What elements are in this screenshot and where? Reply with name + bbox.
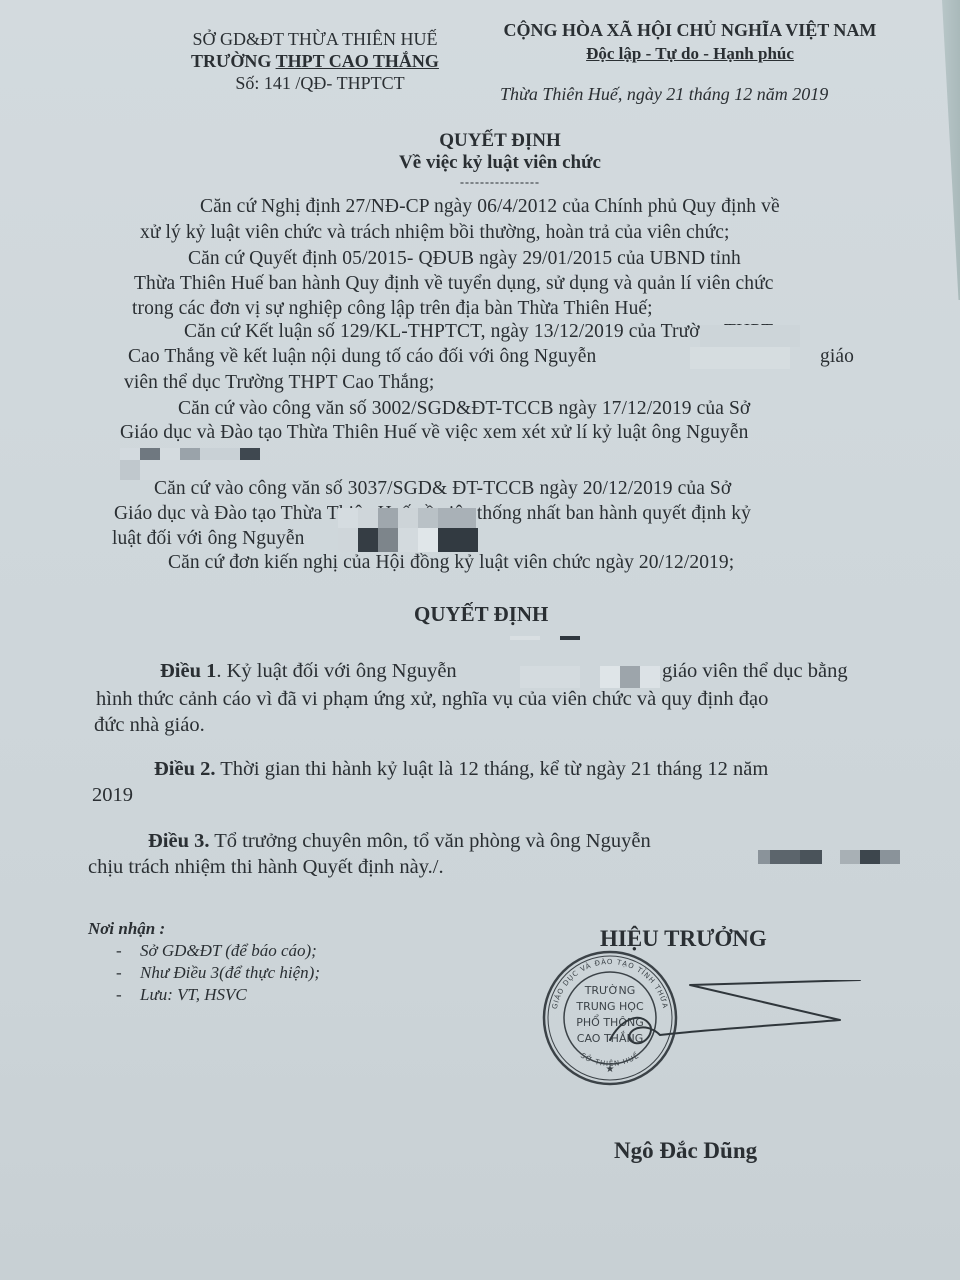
school-prefix: TRƯỜNG (191, 51, 276, 71)
preamble-line: Căn cứ Kết luận số 129/KL-THPTCT, ngày 1… (184, 321, 773, 343)
article-2-label: Điều 2. (154, 758, 216, 780)
preamble-line: Căn cứ Quyết định 05/2015- QĐUB ngày 29/… (188, 248, 741, 270)
recipient-item: -Sở GD&ĐT (để báo cáo); (88, 940, 320, 962)
preamble-line: Cao Thắng về kết luận nội dung tố cáo đố… (128, 346, 596, 368)
article-text: Tổ trưởng chuyên môn, tổ văn phòng và ôn… (210, 830, 651, 852)
preamble-line: Căn cứ vào công văn số 3002/SGD&ĐT-TCCB … (178, 398, 750, 420)
document-title: QUYẾT ĐỊNH Về việc kỷ luật viên chức ---… (340, 130, 660, 190)
nation-header: CỘNG HÒA XÃ HỘI CHỦ NGHĨA VIỆT NAM Độc l… (480, 18, 900, 66)
decision-heading: QUYẾT ĐỊNH (414, 602, 548, 627)
article-text: . Kỷ luật đối với ông Nguyễn (216, 660, 456, 682)
issuer-header: SỞ GD&ĐT THỪA THIÊN HUẾ TRƯỜNG THPT CAO … (150, 28, 480, 94)
handwritten-signature-icon (600, 980, 870, 1060)
school-name: TRƯỜNG THPT CAO THẮNG (150, 50, 480, 72)
document-number: Số: 141 /QĐ- THPTCT (150, 72, 480, 94)
recipients-block: Nơi nhận : -Sở GD&ĐT (để báo cáo); -Như … (88, 918, 320, 1006)
preamble-line: viên thể dục Trường THPT Cao Thắng; (124, 372, 434, 394)
article-2-line: 2019 (92, 784, 133, 807)
school-name-underlined: THPT CAO THẮNG (276, 51, 439, 71)
recipients-label: Nơi nhận : (88, 918, 320, 940)
article-1-line: Điều 1. Kỷ luật đối với ông Nguyễn (160, 660, 457, 683)
title-main: QUYẾT ĐỊNH (340, 130, 660, 152)
recipient-item: -Như Điều 3(để thực hiện); (88, 962, 320, 984)
title-subject: Về việc kỷ luật viên chức (340, 152, 660, 174)
article-text: Thời gian thi hành kỷ luật là 12 tháng, … (216, 758, 769, 780)
recipient-text: Như Điều 3(để thực hiện); (140, 963, 320, 982)
article-3-line: chịu trách nhiệm thi hành Quyết định này… (88, 856, 444, 879)
preamble-line: Căn cứ đơn kiến nghị của Hội đồng kỷ luậ… (168, 552, 734, 574)
preamble-line: xử lý kỷ luật viên chức và trách nhiệm b… (140, 222, 730, 244)
article-3-label: Điều 3. (148, 830, 210, 852)
preamble-line: giáo (820, 346, 854, 368)
national-motto: Độc lập - Tự do - Hạnh phúc (480, 42, 900, 66)
agency-name: SỞ GD&ĐT THỪA THIÊN HUẾ (150, 28, 480, 50)
signer-name: Ngô Đắc Dũng (614, 1138, 757, 1164)
article-1-label: Điều 1 (160, 660, 216, 682)
preamble-line: trong các đơn vị sự nghiệp công lập trên… (132, 298, 653, 320)
preamble-line: Giáo dục và Đào tạo Thừa Thiên Huế về vi… (120, 422, 748, 444)
place-date: Thừa Thiên Huế, ngày 21 tháng 12 năm 201… (500, 84, 828, 105)
document-page: SỞ GD&ĐT THỪA THIÊN HUẾ TRƯỜNG THPT CAO … (0, 0, 960, 1280)
article-3-line: Điều 3. Tổ trưởng chuyên môn, tổ văn phò… (148, 830, 651, 853)
nation-title: CỘNG HÒA XÃ HỘI CHỦ NGHĨA VIỆT NAM (480, 18, 900, 42)
article-1-line: đức nhà giáo. (94, 714, 205, 737)
page-edge-shadow (930, 0, 960, 300)
recipient-item: -Lưu: VT, HSVC (88, 984, 320, 1006)
preamble-line: luật đối với ông Nguyễn (112, 528, 304, 550)
article-1-line: giáo viên thể dục bằng (662, 660, 848, 683)
recipient-text: Sở GD&ĐT (để báo cáo); (140, 941, 317, 960)
recipient-text: Lưu: VT, HSVC (140, 985, 247, 1004)
title-divider: ---------------- (340, 174, 660, 190)
preamble-line: Căn cứ vào công văn số 3037/SGD& ĐT-TCCB… (154, 478, 731, 500)
preamble-line: Thừa Thiên Huế ban hành Quy định về tuyể… (134, 273, 774, 295)
preamble-line: Căn cứ Nghị định 27/NĐ-CP ngày 06/4/2012… (200, 196, 780, 218)
article-1-line: hình thức cảnh cáo vì đã vi phạm ứng xử,… (96, 688, 768, 711)
article-2-line: Điều 2. Thời gian thi hành kỷ luật là 12… (154, 758, 768, 781)
